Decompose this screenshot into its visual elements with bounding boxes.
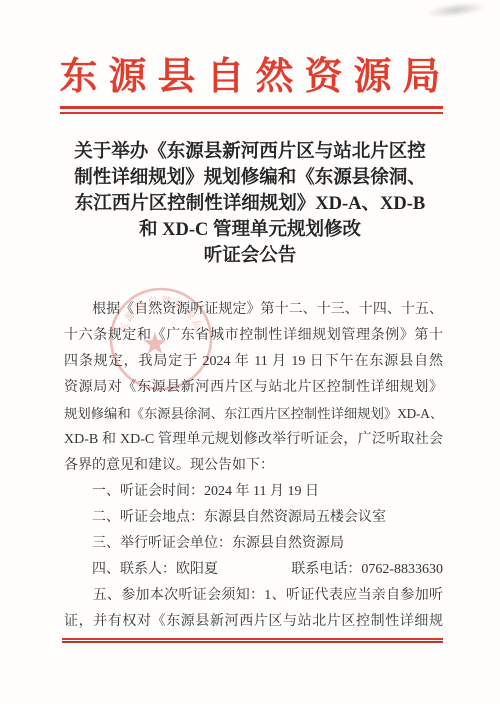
scan-artifact-smudge xyxy=(424,0,487,21)
title-line: 听证会公告 xyxy=(50,243,450,269)
title-line: 和 XD-C 管理单元规划修改 xyxy=(50,217,450,243)
body-line: 各界的意见和建议。现公告如下： xyxy=(64,453,443,479)
announcement-body: 根据《自然资源听证规定》第十二、十三、十四、十五、 十六条规定和《广东省城市控制… xyxy=(64,297,443,635)
contact-item: 四、联系人：欧阳夏 联系电话：0762-8833630 xyxy=(64,557,443,583)
body-line: 资源局对《东源县新河西片区与站北片区控制性详细规划》 xyxy=(64,375,443,401)
body-line: 四条规定，我局定于 2024 年 11 月 19 日下午在东源县自然 xyxy=(64,349,443,375)
notice-item-line: 证，并有权对《东源县新河西片区与站北片区控制性详细规 xyxy=(64,609,443,635)
title-line: 制性详细规划》规划修编和《东源县徐洞、 xyxy=(50,165,450,191)
hearing-organizer-item: 三、举行听证会单位：东源县自然资源局 xyxy=(64,531,443,557)
body-line: XD-B 和 XD-C 管理单元规划修改举行听证会，广泛听取社会 xyxy=(64,427,443,453)
document-title: 关于举办《东源县新河西片区与站北片区控 制性详细规划》规划修编和《东源县徐洞、 … xyxy=(50,139,450,269)
letterhead-divider xyxy=(60,106,443,114)
body-line: 规划修编和《东源县徐洞、东江西片区控制性详细规划》XD-A、 xyxy=(64,401,443,427)
notice-item-line: 五、参加本次听证会须知：1、听证代表应当亲自参加听 xyxy=(64,583,443,609)
title-line: 东江西片区控制性详细规划》XD-A、XD-B xyxy=(50,191,450,217)
body-line: 根据《自然资源听证规定》第十二、十三、十四、十五、 xyxy=(64,297,443,323)
scanned-announcement-page: 东源县自然资源局 关于举办《东源县新河西片区与站北片区控 制性详细规划》规划修编… xyxy=(0,0,500,704)
contact-phone: 联系电话：0762-8833630 xyxy=(291,557,443,583)
footer-divider xyxy=(62,638,443,643)
hearing-time-item: 一、听证会时间：2024 年 11 月 19 日 xyxy=(64,479,443,505)
contact-person: 四、联系人：欧阳夏 xyxy=(64,557,218,583)
agency-letterhead: 东源县自然资源局 xyxy=(0,56,500,100)
body-line: 十六条规定和《广东省城市控制性详细规划管理条例》第十 xyxy=(64,323,443,349)
title-line: 关于举办《东源县新河西片区与站北片区控 xyxy=(50,139,450,165)
hearing-location-item: 二、听证会地点：东源县自然资源局五楼会议室 xyxy=(64,505,443,531)
